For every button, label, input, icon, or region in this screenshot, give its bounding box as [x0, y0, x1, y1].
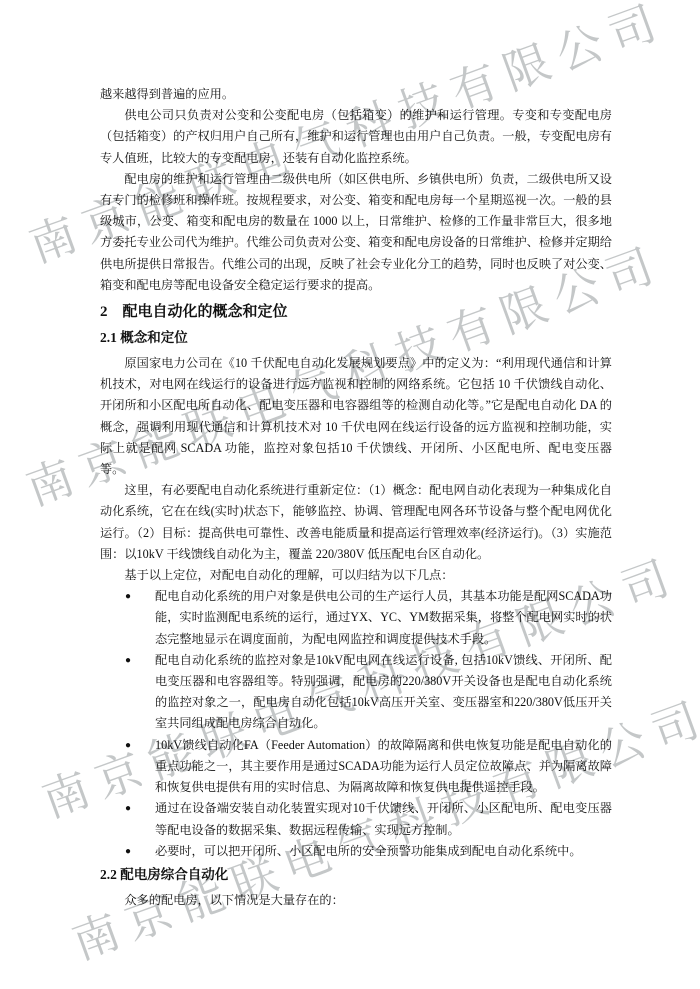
bullet-text: 配电自动化系统的用户对象是供电公司的生产运行人员，其基本功能是配网SCADA功能… [155, 589, 612, 645]
bullet-item: ●配电自动化系统的用户对象是供电公司的生产运行人员，其基本功能是配网SCADA功… [100, 586, 612, 650]
bullet-item: ●10kV馈线自动化FA（Feeder Automation）的故障隔离和供电恢… [100, 735, 612, 799]
section-heading-2-2: 2.2 配电房综合自动化 [100, 864, 612, 885]
paragraph-maintenance: 配电房的维护和运行管理由二级供电所（如区供电所、乡镇供电所）负责，二级供电所又设… [100, 169, 612, 296]
paragraph-repositioning: 这里，有必要配电自动化系统进行重新定位：（1）概念：配电网自动化表现为一种集成化… [100, 480, 612, 565]
bullet-icon: ● [125, 586, 131, 607]
bullet-text: 配电自动化系统的监控对象是10kV配电网在线运行设备, 包括10kV馈线、开闭所… [155, 653, 612, 731]
bullet-text: 通过在设备端安装自动化装置实现对10千伏馈线、开闭所、小区配电所、配电变压器等配… [155, 801, 612, 836]
paragraph-many-rooms: 众多的配电房，以下情况是大量存在的： [100, 890, 612, 911]
section-heading-2: 2 配电自动化的概念和定位 [100, 301, 612, 324]
paragraph-continuation: 越来越得到普遍的应用。 [100, 84, 612, 105]
section-heading-2-1: 2.1 概念和定位 [100, 327, 612, 348]
paragraph-public-transformer: 供电公司只负责对公变和公变配电房（包括箱变）的维护和运行管理。专变和专变配电房（… [100, 105, 612, 169]
document-page: 南京能联电气科技有限公司南京能联电气科技有限公司南京能联电气科技有限公司南京能联… [0, 0, 700, 989]
bullet-icon: ● [125, 798, 131, 819]
bullet-icon: ● [125, 841, 131, 862]
bullet-text: 必要时，可以把开闭所、小区配电所的安全预警功能集成到配电自动化系统中。 [155, 844, 582, 858]
document-content: 越来越得到普遍的应用。供电公司只负责对公变和公变配电房（包括箱变）的维护和运行管… [100, 84, 612, 911]
paragraph-da-definition: 原国家电力公司在《10 千伏配电自动化发展规划要点》中的定义为：“利用现代通信和… [100, 353, 612, 480]
bullet-icon: ● [125, 735, 131, 756]
understanding-bullet-list: ●配电自动化系统的用户对象是供电公司的生产运行人员，其基本功能是配网SCADA功… [100, 586, 612, 862]
bullet-text: 10kV馈线自动化FA（Feeder Automation）的故障隔离和供电恢复… [155, 738, 612, 794]
bullet-icon: ● [125, 650, 131, 671]
paragraph-understanding-intro: 基于以上定位，对配电自动化的理解，可以归结为以下几点： [100, 565, 612, 586]
bullet-item: ●配电自动化系统的监控对象是10kV配电网在线运行设备, 包括10kV馈线、开闭… [100, 650, 612, 735]
bullet-item: ●通过在设备端安装自动化装置实现对10千伏馈线、开闭所、小区配电所、配电变压器等… [100, 798, 612, 840]
bullet-item: ●必要时，可以把开闭所、小区配电所的安全预警功能集成到配电自动化系统中。 [100, 841, 612, 862]
